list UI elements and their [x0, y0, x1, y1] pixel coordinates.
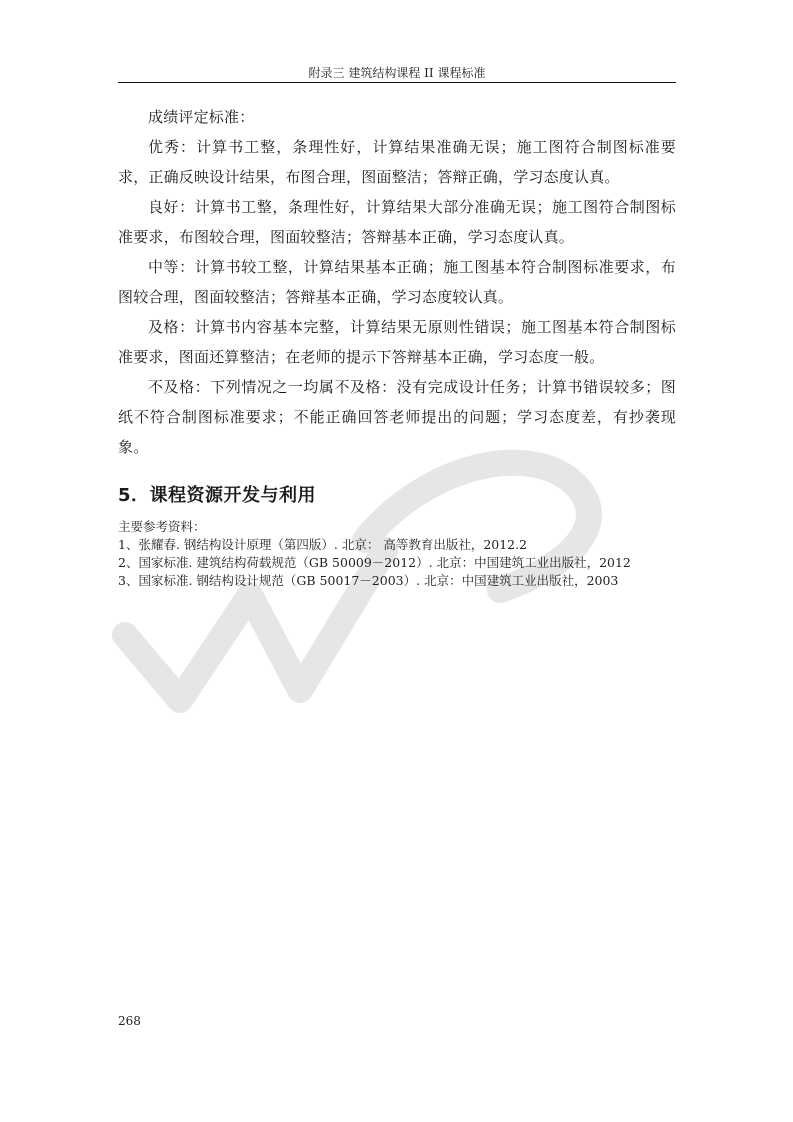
reference-item: 2、国家标准. 建筑结构荷载规范（GB 50009－2012）. 北京：中国建筑…	[118, 554, 688, 572]
reference-item: 1、张耀春. 钢结构设计原理（第四版）. 北京： 高等教育出版社，2012.2	[118, 536, 688, 554]
grade-good: 良好：计算书工整，条理性好，计算结果大部分准确无误；施工图符合制图标准要求，布图…	[118, 192, 676, 252]
grading-criteria: 成绩评定标准： 优秀：计算书工整，条理性好，计算结果准确无误；施工图符合制图标准…	[118, 102, 676, 462]
grading-heading: 成绩评定标准：	[118, 102, 676, 132]
grade-excellent: 优秀：计算书工整，条理性好，计算结果准确无误；施工图符合制图标准要求，正确反映设…	[118, 132, 676, 192]
grade-medium: 中等：计算书较工整，计算结果基本正确；施工图基本符合制图标准要求，布图较合理，图…	[118, 252, 676, 312]
reference-item: 3、国家标准. 钢结构设计规范（GB 50017－2003）. 北京：中国建筑工…	[118, 572, 688, 590]
header-divider	[118, 82, 676, 83]
page-number: 268	[118, 1014, 141, 1028]
running-header: 附录三 建筑结构课程 II 课程标准	[118, 64, 676, 81]
references-heading: 主要参考资料：	[118, 518, 688, 536]
references: 主要参考资料： 1、张耀春. 钢结构设计原理（第四版）. 北京： 高等教育出版社…	[118, 518, 688, 590]
section-title: 5．课程资源开发与利用	[118, 481, 316, 507]
grade-pass: 及格：计算书内容基本完整，计算结果无原则性错误；施工图基本符合制图标准要求，图面…	[118, 312, 676, 372]
grade-fail: 不及格：下列情况之一均属不及格：没有完成设计任务；计算书错误较多；图纸不符合制图…	[118, 372, 676, 462]
